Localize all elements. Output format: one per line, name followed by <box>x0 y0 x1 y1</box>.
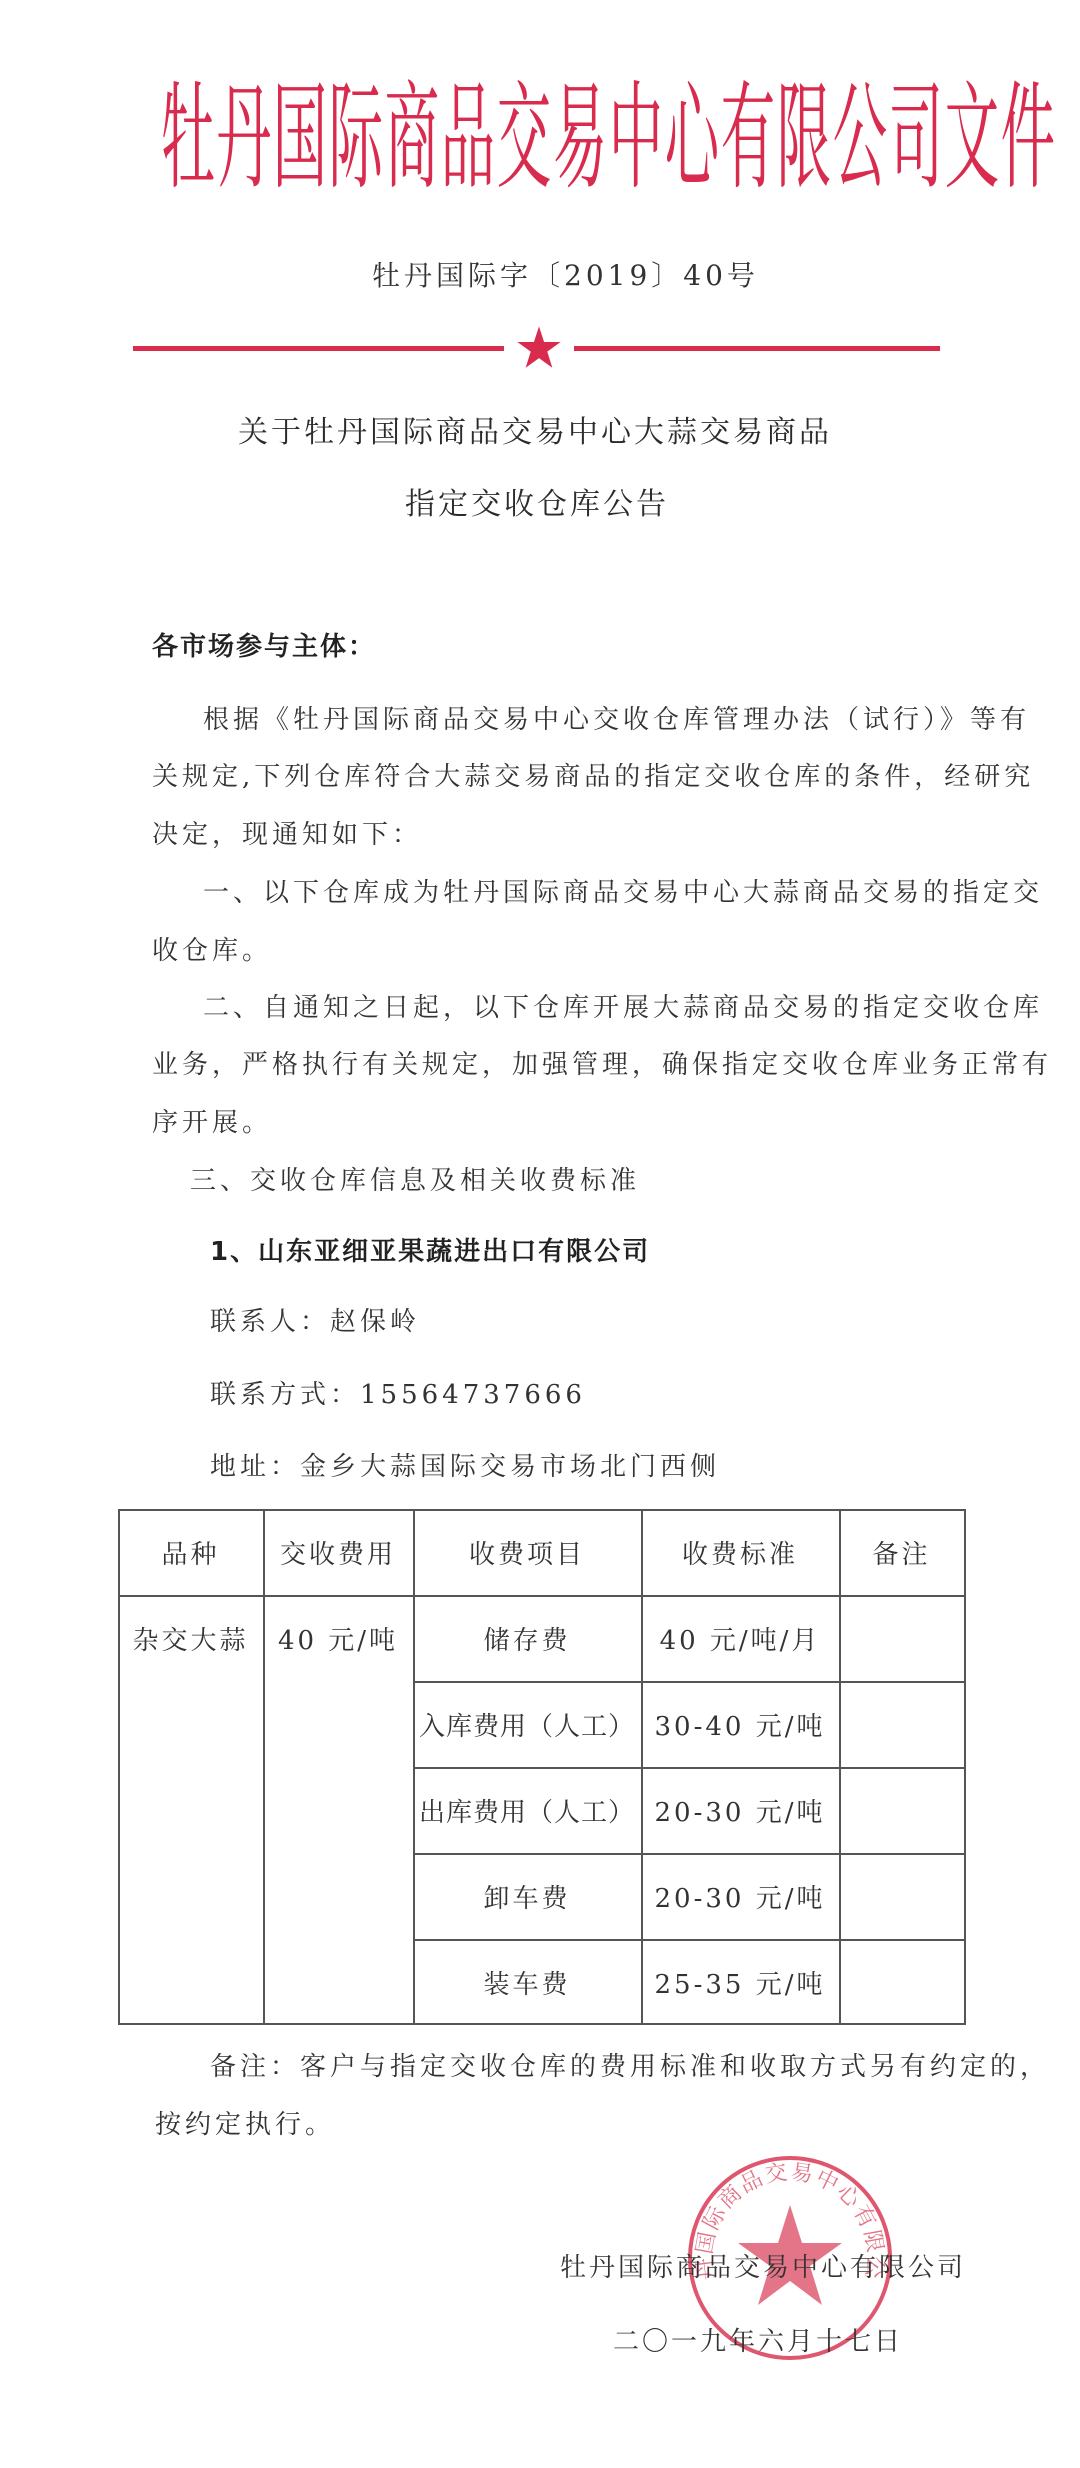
masthead-char: 有 <box>721 51 756 225</box>
masthead-char: 文 <box>945 51 980 225</box>
masthead-char: 易 <box>553 51 588 225</box>
masthead-char: 际 <box>329 51 364 225</box>
red-rule-left <box>133 346 504 351</box>
warehouse-phone: 联系方式：15564737666 <box>210 1375 586 1415</box>
table-cell-item: 装车费 <box>413 1939 641 2025</box>
signing-date: 二〇一九年六月十七日 <box>613 2322 903 2362</box>
paragraph-line: 一、以下仓库成为牡丹国际商品交易中心大蒜商品交易的指定交 <box>203 873 1043 913</box>
warehouse-address: 地址：金乡大蒜国际交易市场北门西侧 <box>210 1447 720 1487</box>
note-line: 按约定执行。 <box>155 2105 335 2145</box>
fee-table: 品种 交收费用 收费项目 收费标准 备注 杂交大蒜 40 元/吨 储存费 40 … <box>118 1509 966 2025</box>
table-cell-item: 出库费用（人工） <box>413 1767 641 1853</box>
paragraph-line: 二、自通知之日起，以下仓库开展大蒜商品交易的指定交收仓库 <box>203 988 1043 1028</box>
masthead-char: 丹 <box>217 51 252 225</box>
masthead-char: 中 <box>609 51 644 225</box>
paragraph-line: 业务，严格执行有关规定，加强管理，确保指定交收仓库业务正常有 <box>152 1045 1052 1085</box>
table-cell-delivery-fee: 40 元/吨 <box>263 1595 413 1681</box>
table-header: 品种 <box>118 1509 263 1595</box>
table-header: 收费项目 <box>413 1509 641 1595</box>
masthead-char: 件 <box>1001 51 1036 225</box>
masthead-title: 牡 丹 国 际 商 品 交 易 中 心 有 限 公 司 文 件 <box>150 72 940 204</box>
table-cell-standard: 25-35 元/吨 <box>641 1939 839 2025</box>
masthead-char: 司 <box>889 51 924 225</box>
star-icon <box>516 325 562 371</box>
table-cell-item: 卸车费 <box>413 1853 641 1939</box>
masthead-char: 商 <box>385 51 420 225</box>
table-header: 收费标准 <box>641 1509 839 1595</box>
document-number: 牡丹国际字〔2019〕40号 <box>372 256 759 296</box>
section-heading: 三、交收仓库信息及相关收费标准 <box>190 1161 640 1201</box>
announcement-title-line1: 关于牡丹国际商品交易中心大蒜交易商品 <box>238 411 832 455</box>
note-line: 备注：客户与指定交收仓库的费用标准和收取方式另有约定的， <box>210 2047 1050 2087</box>
signing-company: 牡丹国际商品交易中心有限公司 <box>560 2248 966 2288</box>
table-cell-standard: 20-30 元/吨 <box>641 1853 839 1939</box>
paragraph-line: 序开展。 <box>152 1103 272 1143</box>
table-cell-standard: 30-40 元/吨 <box>641 1681 839 1767</box>
masthead-char: 牡 <box>161 51 196 225</box>
table-header: 交收费用 <box>263 1509 413 1595</box>
salutation: 各市场参与主体： <box>152 627 376 667</box>
warehouse-contact: 联系人：赵保岭 <box>210 1302 420 1342</box>
paragraph-line: 关规定,下列仓库符合大蒜交易商品的指定交收仓库的条件，经研究 <box>152 757 1034 797</box>
masthead-char: 心 <box>665 51 700 225</box>
table-cell-item: 入库费用（人工） <box>413 1681 641 1767</box>
warehouse-name: 1、山东亚细亚果蔬进出口有限公司 <box>210 1232 650 1272</box>
table-header: 备注 <box>839 1509 964 1595</box>
table-cell-item: 储存费 <box>413 1595 641 1681</box>
paragraph-line: 决定，现通知如下： <box>152 815 422 855</box>
table-cell-standard: 20-30 元/吨 <box>641 1767 839 1853</box>
masthead-char: 品 <box>441 51 476 225</box>
paragraph-line: 收仓库。 <box>152 931 272 971</box>
table-cell-standard: 40 元/吨/月 <box>641 1595 839 1681</box>
paragraph-line: 根据《牡丹国际商品交易中心交收仓库管理办法（试行）》等有 <box>203 700 1030 740</box>
announcement-title-line2: 指定交收仓库公告 <box>405 483 669 527</box>
masthead-char: 国 <box>273 51 308 225</box>
table-cell-variety: 杂交大蒜 <box>118 1595 263 1681</box>
masthead-char: 限 <box>777 51 812 225</box>
masthead-char: 公 <box>833 51 868 225</box>
red-rule-right <box>574 346 940 351</box>
masthead-char: 交 <box>497 51 532 225</box>
